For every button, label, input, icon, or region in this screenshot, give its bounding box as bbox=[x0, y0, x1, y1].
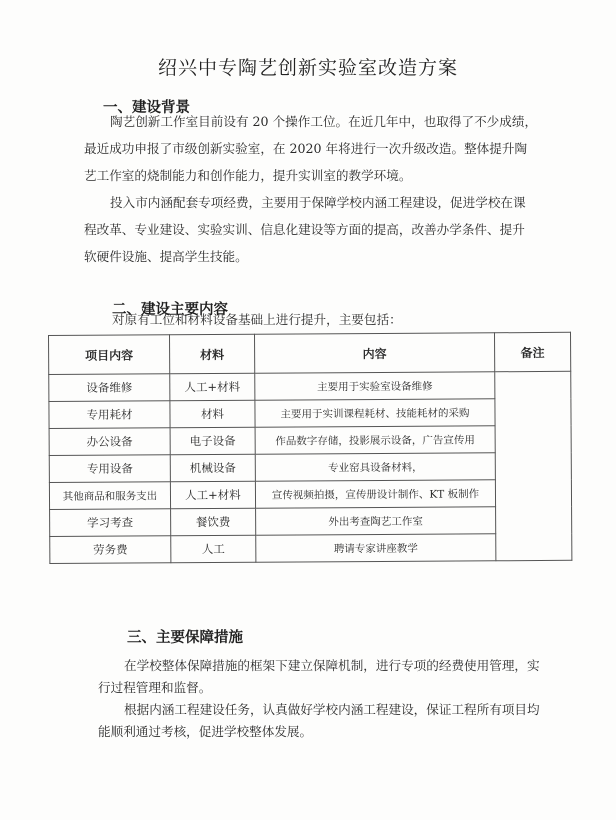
table-row: 劳务费 人工 聘请专家讲座教学 bbox=[50, 533, 572, 563]
header-content: 内容 bbox=[254, 333, 494, 373]
table-header-row: 项目内容 材料 内容 备注 bbox=[49, 332, 571, 374]
cell-content: 主要用于实训课程耗材、技能耗材的采购 bbox=[255, 399, 495, 427]
cell-remark bbox=[495, 371, 572, 560]
text-line: 能顺利通过考核，促进学校整体发展。 bbox=[98, 724, 312, 739]
text-line: 行过程管理和监督。 bbox=[98, 680, 211, 695]
cell-content: 宣传视频拍摄，宣传册设计制作、KT 板制作 bbox=[255, 480, 495, 508]
text-line: 根据内涵工程建设任务，认真做好学校内涵工程建设，保证工程所有项目均 bbox=[124, 702, 540, 717]
cell-content: 外出考查陶艺工作室 bbox=[256, 507, 496, 535]
construction-content-table: 项目内容 材料 内容 备注 设备维修 人工+材料 主要用于实验室设备维修 专用耗… bbox=[48, 332, 572, 564]
cell-content: 主要用于实验室设备维修 bbox=[255, 372, 495, 400]
table-row: 专用设备 机械设备 专业窑具设备材料， bbox=[49, 452, 571, 482]
cell-material: 人工 bbox=[171, 535, 256, 563]
section3-heading: 三、主要保障措施 bbox=[127, 626, 243, 647]
cell-material: 餐饮费 bbox=[171, 508, 256, 536]
text-line: 在学校整体保障措施的框架下建立保障机制，进行专项的经费使用管理，实 bbox=[124, 658, 540, 673]
cell-material: 人工+材料 bbox=[170, 373, 255, 401]
cell-item: 设备维修 bbox=[49, 374, 170, 402]
cell-item: 专用设备 bbox=[49, 455, 170, 483]
text-line: 程改革、专业建设、实验实训、信息化建设等方面的提高，改善办学条件、提升 bbox=[84, 222, 525, 237]
document-title: 绍兴中专陶艺创新实验室改造方案 bbox=[0, 53, 616, 80]
section1-paragraph-2: 投入市内涵配套专项经费，主要用于保障学校内涵工程建设，促进学校在课 程改革、专业… bbox=[84, 189, 554, 270]
cell-item: 其他商品和服务支出 bbox=[49, 482, 170, 510]
header-material: 材料 bbox=[170, 334, 255, 374]
cell-material: 材料 bbox=[170, 400, 255, 428]
cell-item: 办公设备 bbox=[49, 428, 170, 456]
cell-content: 聘请专家讲座教学 bbox=[256, 534, 496, 562]
cell-content: 作品数字存储，投影展示设备，广告宣传用 bbox=[255, 426, 495, 454]
table-row: 学习考查 餐饮费 外出考查陶艺工作室 bbox=[50, 506, 572, 536]
table-row: 设备维修 人工+材料 主要用于实验室设备维修 bbox=[49, 371, 571, 401]
section3-paragraph-1: 在学校整体保障措施的框架下建立保障机制，进行专项的经费使用管理，实 行过程管理和… bbox=[98, 655, 568, 699]
cell-item: 专用耗材 bbox=[49, 401, 170, 429]
cell-material: 机械设备 bbox=[170, 454, 255, 482]
table-row: 其他商品和服务支出 人工+材料 宣传视频拍摄，宣传册设计制作、KT 板制作 bbox=[49, 479, 571, 509]
table-row: 专用耗材 材料 主要用于实训课程耗材、技能耗材的采购 bbox=[49, 398, 571, 428]
table-row: 办公设备 电子设备 作品数字存储，投影展示设备，广告宣传用 bbox=[49, 425, 571, 455]
section1-paragraph-1: 陶艺创新工作室目前设有 20 个操作工位。在近几年中，也取得了不少成绩， 最近成… bbox=[84, 108, 554, 189]
text-line: 投入市内涵配套专项经费，主要用于保障学校内涵工程建设，促进学校在课 bbox=[110, 195, 526, 210]
cell-item: 学习考查 bbox=[50, 509, 171, 537]
text-line: 软硬件设施、提高学生技能。 bbox=[84, 249, 248, 264]
text-line: 艺工作室的烧制能力和创作能力，提升实训室的教学环境。 bbox=[84, 168, 411, 183]
cell-content: 专业窑具设备材料， bbox=[255, 453, 495, 481]
text-line: 陶艺创新工作室目前设有 20 个操作工位。在近几年中，也取得了不少成绩， bbox=[110, 114, 537, 129]
cell-item: 劳务费 bbox=[50, 536, 171, 564]
cell-material: 电子设备 bbox=[170, 427, 255, 455]
section2-intro: 对原有工位和材料设备基础上进行提升，主要包括： bbox=[112, 310, 582, 330]
header-item: 项目内容 bbox=[49, 335, 170, 375]
cell-material: 人工+材料 bbox=[170, 481, 255, 509]
section3-paragraph-2: 根据内涵工程建设任务，认真做好学校内涵工程建设，保证工程所有项目均 能顺利通过考… bbox=[98, 699, 568, 743]
header-remark: 备注 bbox=[494, 332, 570, 371]
text-line: 最近成功申报了市级创新实验室，在 2020 年将进行一次升级改造。整体提升陶 bbox=[84, 141, 527, 156]
